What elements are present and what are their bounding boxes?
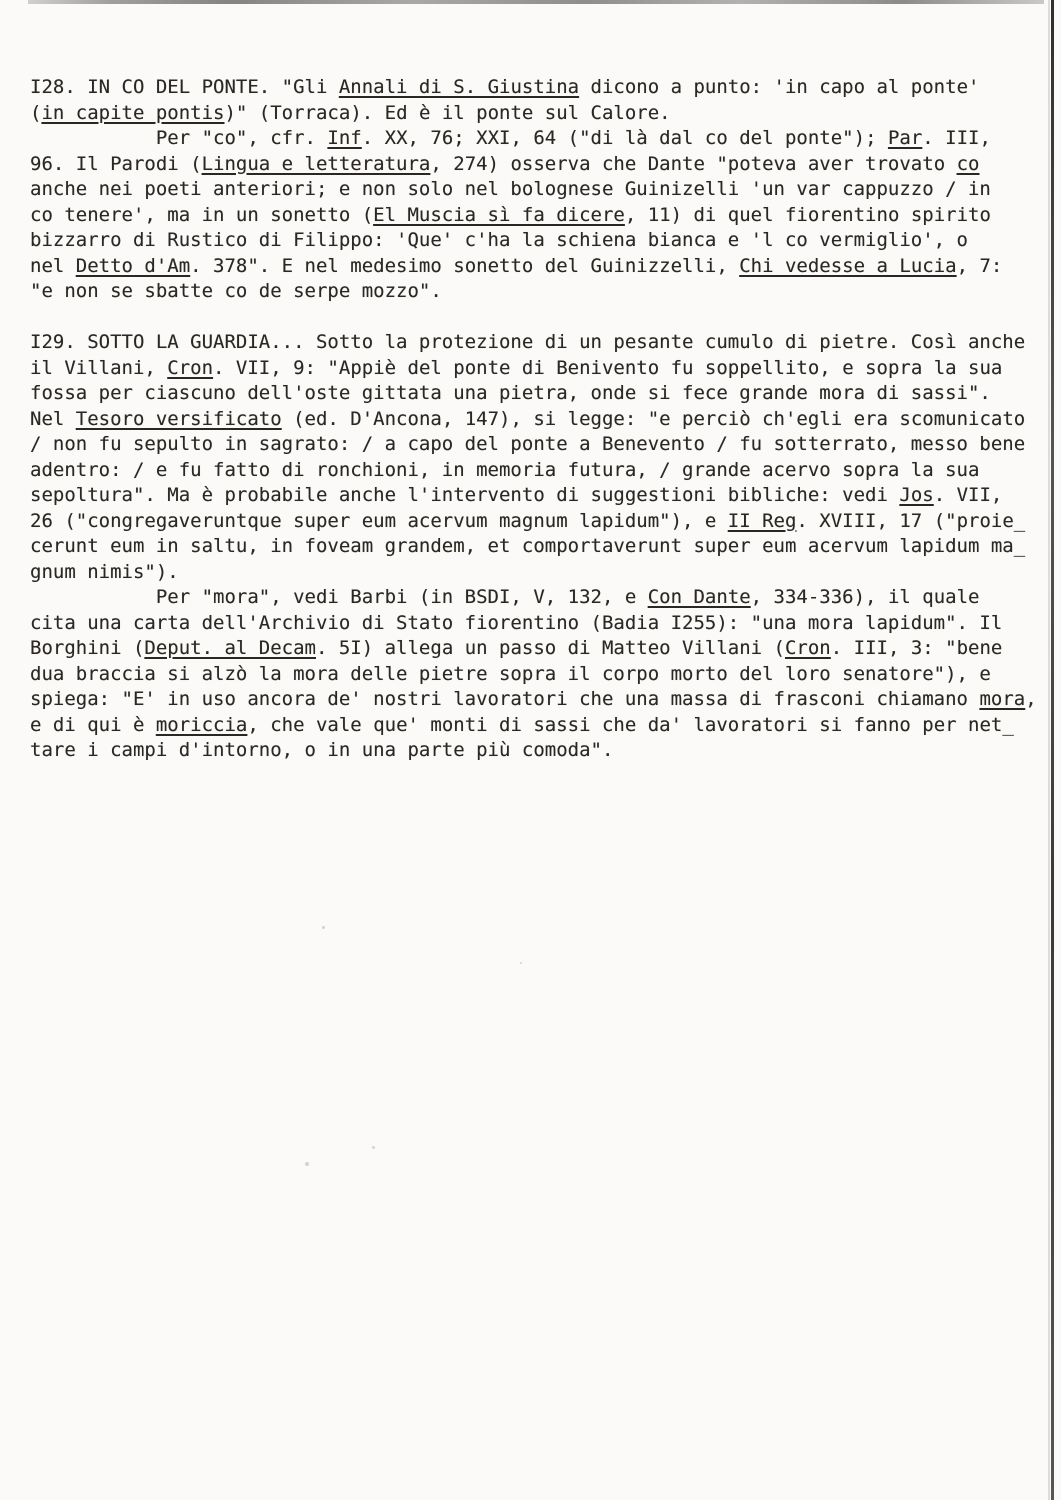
text-line: / non fu sepulto in sagrato: / a capo de…	[30, 432, 1020, 458]
plain-text: e di qui è	[30, 714, 156, 736]
plain-text: / non fu sepulto in sagrato: / a capo de…	[30, 433, 1025, 455]
plain-text: fossa per ciascuno dell'oste gittata una…	[30, 382, 991, 404]
underlined-text: Deput. al Decam	[144, 637, 316, 659]
plain-text: . VII, 9: "Appiè del ponte di Benivento …	[213, 357, 1002, 379]
underlined-text: Par	[888, 127, 922, 149]
plain-text: , 11) di quel fiorentino spirito	[625, 204, 991, 226]
text-line: cita una carta dell'Archivio di Stato fi…	[30, 611, 1020, 637]
text-line: Per "co", cfr. Inf. XX, 76; XXI, 64 ("di…	[30, 126, 1020, 152]
text-line: cerunt eum in saltu, in foveam grandem, …	[30, 534, 1020, 560]
plain-text: dicono a punto: 'in capo al ponte'	[579, 76, 979, 98]
underlined-text: Cron	[167, 357, 213, 379]
text-line: nel Detto d'Am. 378". E nel medesimo son…	[30, 254, 1020, 280]
blank-line	[30, 305, 1020, 331]
text-line: gnum nimis").	[30, 560, 1020, 586]
plain-text: spiega: "E' in uso ancora de' nostri lav…	[30, 688, 979, 710]
text-line: 96. Il Parodi (Lingua e letteratura, 274…	[30, 152, 1020, 178]
plain-text: . VII,	[934, 484, 1003, 506]
text-line: spiega: "E' in uso ancora de' nostri lav…	[30, 687, 1020, 713]
underlined-text: II Reg	[728, 510, 797, 532]
underlined-text: in capite pontis	[41, 102, 224, 124]
underlined-text: Detto d'Am	[76, 255, 190, 277]
underlined-text: Inf	[327, 127, 361, 149]
text-line: (in capite pontis)" (Torraca). Ed è il p…	[30, 101, 1020, 127]
plain-text: . III,	[922, 127, 991, 149]
text-line: e di qui è moriccia, che vale que' monti…	[30, 713, 1020, 739]
text-line: anche nei poeti anteriori; e non solo ne…	[30, 177, 1020, 203]
plain-text: 26 ("congregaveruntque super eum acervum…	[30, 510, 728, 532]
scan-edge-right-soft	[1048, 0, 1050, 1500]
text-line: fossa per ciascuno dell'oste gittata una…	[30, 381, 1020, 407]
plain-text: . 378". E nel medesimo sonetto del Guini…	[190, 255, 739, 277]
scan-edge-right	[1051, 0, 1054, 1500]
text-line: tare i campi d'intorno, o in una parte p…	[30, 738, 1020, 764]
plain-text: Per "co", cfr.	[30, 127, 327, 149]
text-line: sepoltura". Ma è probabile anche l'inter…	[30, 483, 1020, 509]
plain-text: I28. IN CO DEL PONTE. "Gli	[30, 76, 339, 98]
underlined-text: Annali di S. Giustina	[339, 76, 579, 98]
plain-text: . III, 3: "bene	[831, 637, 1003, 659]
plain-text: bizzarro di Rustico di Filippo: 'Que' c'…	[30, 229, 968, 251]
typewritten-text: I28. IN CO DEL PONTE. "Gli Annali di S. …	[30, 75, 1020, 764]
underlined-text: Tesoro versificato	[76, 408, 282, 430]
plain-text: . XVIII, 17 ("proie_	[796, 510, 1025, 532]
scan-speck	[520, 962, 522, 964]
underlined-text: moriccia	[156, 714, 248, 736]
text-line: I29. SOTTO LA GUARDIA... Sotto la protez…	[30, 330, 1020, 356]
plain-text: co tenere', ma in un sonetto (	[30, 204, 373, 226]
scan-speck	[372, 1146, 375, 1149]
plain-text: Nel	[30, 408, 76, 430]
plain-text: )" (Torraca). Ed è il ponte sul Calore.	[224, 102, 670, 124]
plain-text: , 274) osserva che Dante "poteva aver tr…	[430, 153, 956, 175]
plain-text: sepoltura". Ma è probabile anche l'inter…	[30, 484, 899, 506]
text-line: Borghini (Deput. al Decam. 5I) allega un…	[30, 636, 1020, 662]
scan-speck	[305, 1162, 309, 1166]
plain-text: I29. SOTTO LA GUARDIA... Sotto la protez…	[30, 331, 1025, 353]
plain-text: 96. Il Parodi (	[30, 153, 202, 175]
plain-text: nel	[30, 255, 76, 277]
plain-text: Borghini (	[30, 637, 144, 659]
text-line: co tenere', ma in un sonetto (El Muscia …	[30, 203, 1020, 229]
scan-edge-top	[28, 0, 1044, 4]
underlined-text: Con Dante	[648, 586, 751, 608]
underlined-text: Cron	[785, 637, 831, 659]
text-line: dua braccia si alzò la mora delle pietre…	[30, 662, 1020, 688]
text-line: 26 ("congregaveruntque super eum acervum…	[30, 509, 1020, 535]
plain-text: anche nei poeti anteriori; e non solo ne…	[30, 178, 991, 200]
plain-text: dua braccia si alzò la mora delle pietre…	[30, 663, 991, 685]
text-line: adentro: / e fu fatto di ronchioni, in m…	[30, 458, 1020, 484]
plain-text: il Villani,	[30, 357, 167, 379]
plain-text: . 5I) allega un passo di Matteo Villani …	[316, 637, 785, 659]
plain-text: Per "mora", vedi Barbi (in BSDI, V, 132,…	[30, 586, 648, 608]
text-line: Per "mora", vedi Barbi (in BSDI, V, 132,…	[30, 585, 1020, 611]
underlined-text: Jos	[899, 484, 933, 506]
plain-text: gnum nimis").	[30, 561, 179, 583]
text-line: Nel Tesoro versificato (ed. D'Ancona, 14…	[30, 407, 1020, 433]
plain-text: , che vale que' monti di sassi che da' l…	[247, 714, 1013, 736]
text-line: "e non se sbatte co de serpe mozzo".	[30, 279, 1020, 305]
plain-text: , 7:	[957, 255, 1003, 277]
plain-text: ,	[1025, 688, 1036, 710]
plain-text: "e non se sbatte co de serpe mozzo".	[30, 280, 442, 302]
underlined-text: Lingua e letteratura	[202, 153, 431, 175]
text-line: il Villani, Cron. VII, 9: "Appiè del pon…	[30, 356, 1020, 382]
underlined-text: El Muscia sì fa dicere	[373, 204, 625, 226]
text-line: I28. IN CO DEL PONTE. "Gli Annali di S. …	[30, 75, 1020, 101]
plain-text: (	[30, 102, 41, 124]
underlined-text: mora	[979, 688, 1025, 710]
plain-text: adentro: / e fu fatto di ronchioni, in m…	[30, 459, 979, 481]
underlined-text: co	[957, 153, 980, 175]
underlined-text: Chi vedesse a Lucia	[739, 255, 956, 277]
document-page: I28. IN CO DEL PONTE. "Gli Annali di S. …	[0, 0, 1061, 1500]
plain-text: tare i campi d'intorno, o in una parte p…	[30, 739, 613, 761]
plain-text: , 334-336), il quale	[751, 586, 980, 608]
plain-text: (ed. D'Ancona, 147), si legge: "e perciò…	[282, 408, 1026, 430]
text-line: bizzarro di Rustico di Filippo: 'Que' c'…	[30, 228, 1020, 254]
plain-text: cita una carta dell'Archivio di Stato fi…	[30, 612, 1002, 634]
scan-speck	[322, 926, 325, 929]
plain-text: cerunt eum in saltu, in foveam grandem, …	[30, 535, 1025, 557]
plain-text: . XX, 76; XXI, 64 ("di là dal co del pon…	[362, 127, 888, 149]
